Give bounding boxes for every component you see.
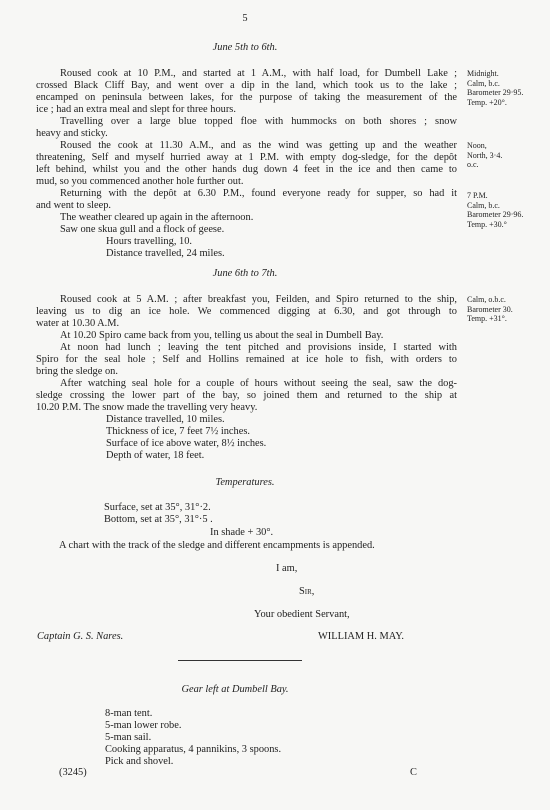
gear-item: Cooking apparatus, 4 pannikins, 3 spoons… <box>105 744 281 756</box>
body-line: After watching seal hole for a couple of… <box>60 378 457 390</box>
margin-note-noon: Noon, North, 3·4. o.c. <box>467 141 502 170</box>
margin-line: 7 P.M. <box>467 191 523 201</box>
document-page: 5 June 5th to 6th. Roused cook at 10 P.M… <box>0 0 550 810</box>
print-number: (3245) <box>59 767 87 779</box>
distance-travelled: Distance travelled, 24 miles. <box>106 248 225 260</box>
body-line: At 10.20 Spiro came back from you, telli… <box>60 330 383 342</box>
body-line: mud, so you commenced another hole furth… <box>36 176 243 188</box>
body-line: leaving us to dig an ice hole. We commen… <box>36 306 457 318</box>
margin-line: Temp. +20°. <box>467 98 523 108</box>
gear-item: 5-man lower robe. <box>105 720 181 732</box>
body-line: left behind, whilst you and the other ha… <box>36 164 457 176</box>
margin-line: Midnight. <box>467 69 523 79</box>
body-line: Returning with the depôt at 6.30 P.M., f… <box>60 188 457 200</box>
closing-i-am: I am, <box>276 563 297 575</box>
page-number: 5 <box>0 13 490 25</box>
margin-note-midnight: Midnight. Calm, b.c. Barometer 29·95. Te… <box>467 69 523 107</box>
temperatures-heading: Temperatures. <box>0 477 490 489</box>
closing-servant: Your obedient Servant, <box>254 609 350 621</box>
margin-note-calm-obc: Calm, o.b.c. Barometer 30. Temp. +31°. <box>467 295 513 324</box>
body-line: Spiro for the seal hole ; Self and Holli… <box>36 354 457 366</box>
gear-item: 5-man sail. <box>105 732 151 744</box>
margin-line: Barometer 30. <box>467 305 513 315</box>
gear-item: 8-man tent. <box>105 708 152 720</box>
body-line: The weather cleared up again in the afte… <box>60 212 253 224</box>
margin-line: North, 3·4. <box>467 151 502 161</box>
divider-rule <box>178 660 302 661</box>
body-line: Travelling over a large blue topped floe… <box>60 116 457 128</box>
margin-line: Temp. +30.° <box>467 220 523 230</box>
ice-surface: Surface of ice above water, 8½ inches. <box>106 438 266 450</box>
margin-line: Barometer 29·96. <box>467 210 523 220</box>
bottom-temperature: Bottom, set at 35°, 31°·5 . <box>104 514 213 526</box>
gear-item: Pick and shovel. <box>105 756 173 768</box>
section-heading-june-6-7: June 6th to 7th. <box>0 268 490 280</box>
body-line: Roused cook at 10 P.M., and started at 1… <box>60 68 457 80</box>
water-depth: Depth of water, 18 feet. <box>106 450 204 462</box>
surface-temperature: Surface, set at 35°, 31°·2. <box>104 502 211 514</box>
signature-mark: C <box>410 767 417 779</box>
body-line: and went to sleep. <box>36 200 111 212</box>
margin-line: o.c. <box>467 160 502 170</box>
margin-line: Calm, b.c. <box>467 201 523 211</box>
ice-thickness: Thickness of ice, 7 feet 7½ inches. <box>106 426 250 438</box>
margin-note-7pm: 7 P.M. Calm, b.c. Barometer 29·96. Temp.… <box>467 191 523 229</box>
hours-travelling: Hours travelling, 10. <box>106 236 192 248</box>
margin-line: Noon, <box>467 141 502 151</box>
addressee: Captain G. S. Nares. <box>37 631 123 643</box>
body-line: bring the sledge on. <box>36 366 118 378</box>
chart-note: A chart with the track of the sledge and… <box>59 540 375 552</box>
body-line: heavy and sticky. <box>36 128 108 140</box>
body-line: encamped on peninsula between lakes, for… <box>36 92 457 104</box>
body-line: Roused the cook at 11.30 A.M., and as th… <box>60 140 457 152</box>
body-line: Roused cook at 5 A.M. ; after breakfast … <box>60 294 457 306</box>
margin-line: Barometer 29·95. <box>467 88 523 98</box>
body-line: ice ; had an extra meal and slept for th… <box>36 104 236 116</box>
gear-heading: Gear left at Dumbell Bay. <box>0 684 470 696</box>
body-line: sledge crossing the lower part of the ba… <box>36 390 457 402</box>
body-line: crossed Black Cliff Bay, and went over a… <box>36 80 457 92</box>
distance-travelled: Distance travelled, 10 miles. <box>106 414 225 426</box>
body-line: threatening, Self and myself hurried awa… <box>36 152 457 164</box>
body-line: water at 10.30 A.M. <box>36 318 119 330</box>
closing-sir: Sir, <box>299 586 314 598</box>
body-line: 10.20 P.M. The snow made the travelling … <box>36 402 257 414</box>
body-line: Saw one skua gull and a flock of geese. <box>60 224 224 236</box>
margin-line: Calm, b.c. <box>467 79 523 89</box>
signature: WILLIAM H. MAY. <box>318 631 404 643</box>
margin-line: Temp. +31°. <box>467 314 513 324</box>
section-heading-june-5-6: June 5th to 6th. <box>0 42 490 54</box>
body-line: At noon had lunch ; leaving the tent pit… <box>60 342 457 354</box>
shade-temperature: In shade + 30°. <box>210 527 273 539</box>
margin-line: Calm, o.b.c. <box>467 295 513 305</box>
